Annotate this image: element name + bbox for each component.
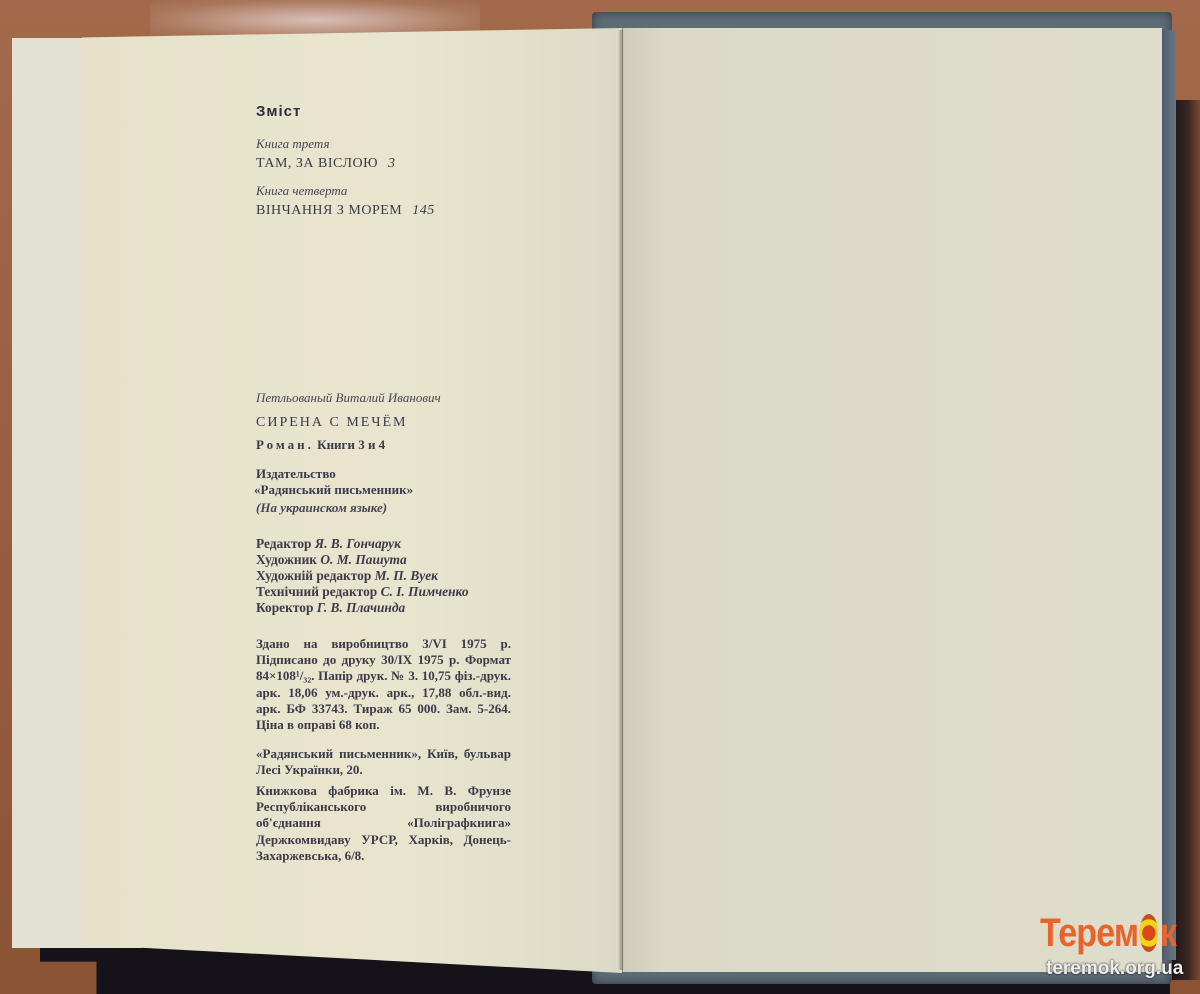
toc-book-label-3: Книга третя [256, 136, 329, 152]
printer-info: Книжкова фабрика ім. М. В. Фрунзе Респуб… [256, 783, 511, 864]
toc-entry-page: 3 [388, 156, 396, 171]
sun-icon [1140, 914, 1158, 952]
credit-row: Технічний редактор С. І. Пимченко [256, 584, 469, 600]
teremok-logo: Теремк [1040, 908, 1176, 958]
contents-heading: Зміст [256, 103, 301, 120]
credit-row: Коректор Г. В. Плачинда [256, 600, 469, 616]
watermark-url: teremok.org.ua [1046, 958, 1183, 980]
book-gutter [618, 30, 624, 970]
toc-book-label-4: Книга четверта [256, 183, 347, 199]
credit-row: Художній редактор М. П. Вуек [256, 568, 469, 584]
publisher-name: «Радянський письменник» [254, 482, 413, 498]
print-details: Здано на виробництво 3/VI 1975 р. Підпис… [256, 636, 511, 733]
logo-text-left: Терем [1040, 911, 1138, 956]
right-page-blank [622, 28, 1162, 972]
language-note: (На украинском языке) [256, 500, 387, 516]
toc-entry-title: ВІНЧАННЯ З МОРЕМ [256, 203, 402, 218]
credit-row: Художник О. М. Пашута [256, 552, 469, 568]
logo-text-right: к [1160, 911, 1176, 956]
toc-entry-2: ВІНЧАННЯ З МОРЕМ145 [256, 203, 435, 219]
book-title: СИРЕНА С МЕЧЁМ [256, 415, 407, 431]
books-range: Книги 3 и 4 [317, 437, 385, 452]
author-name: Петльованый Виталий Иванович [256, 390, 441, 406]
toc-entry-1: ТАМ, ЗА ВІСЛОЮ3 [256, 156, 396, 172]
toc-entry-title: ТАМ, ЗА ВІСЛОЮ [256, 156, 378, 171]
toc-entry-page: 145 [412, 203, 435, 218]
publisher-address: «Радянський письменник», Київ, бульвар Л… [256, 746, 511, 778]
book-cover-edge [1162, 30, 1176, 960]
publisher-label: Издательство [256, 466, 336, 482]
book-subtitle: Роман. Книги 3 и 4 [256, 437, 385, 453]
credits-list: Редактор Я. В. Гончарук Художник О. М. П… [256, 536, 469, 616]
credit-row: Редактор Я. В. Гончарук [256, 536, 469, 552]
genre: Роман. [256, 437, 314, 452]
